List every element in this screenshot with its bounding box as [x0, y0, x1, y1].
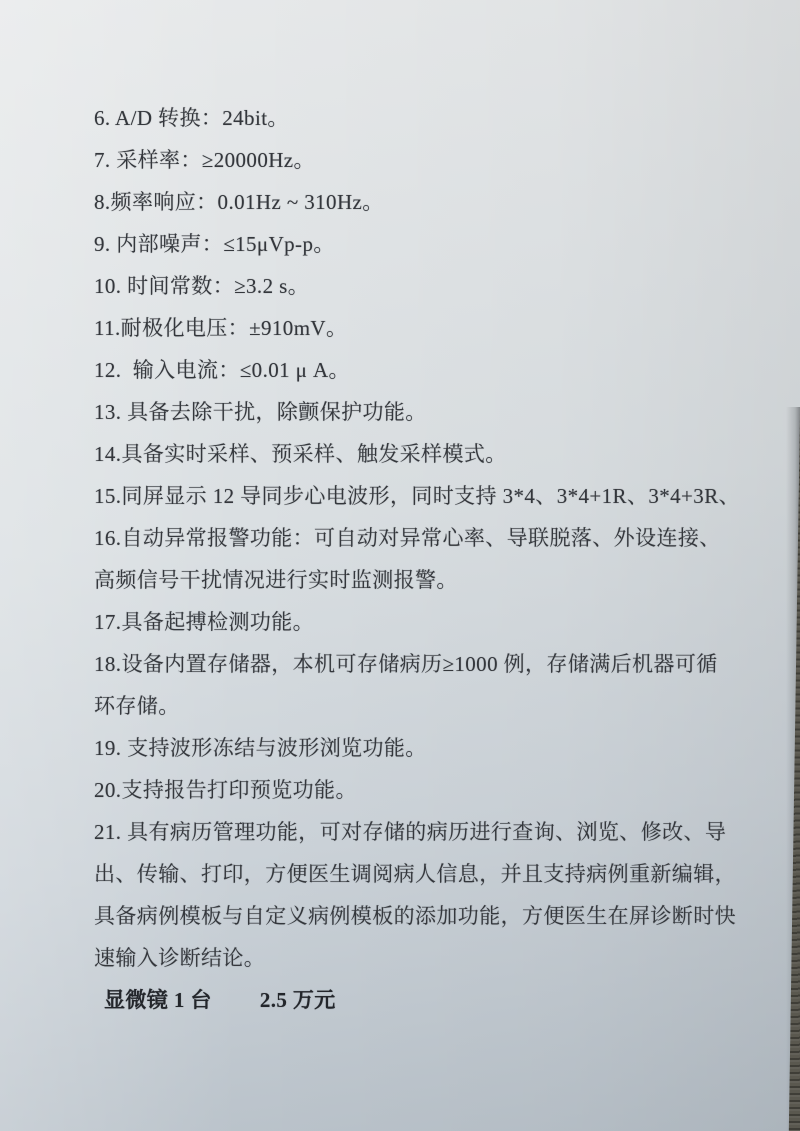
- spec-line: 8.频率响应：0.01Hz ~ 310Hz。: [94, 181, 756, 223]
- spec-line: 17.具备起搏检测功能。: [94, 601, 756, 643]
- spec-line: 18.设备内置存储器，本机可存储病历≥1000 例，存储满后机器可循: [94, 643, 756, 685]
- spec-line: 12. 输入电流：≤0.01 μ A。: [94, 349, 756, 391]
- spec-line: 6. A/D 转换：24bit。: [94, 97, 756, 139]
- footer-line: 显微镜 1 台 2.5 万元: [94, 979, 756, 1021]
- spec-line: 9. 内部噪声：≤15μVp-p。: [94, 223, 756, 265]
- spec-line: 具备病例模板与自定义病例模板的添加功能，方便医生在屏诊断时快: [94, 895, 756, 937]
- footer-price: 2.5 万元: [260, 979, 336, 1021]
- spec-line: 21. 具有病历管理功能，可对存储的病历进行查询、浏览、修改、导: [94, 811, 756, 853]
- spec-line: 速输入诊断结论。: [94, 937, 756, 979]
- spec-line: 7. 采样率：≥20000Hz。: [94, 139, 756, 181]
- spec-line: 19. 支持波形冻结与波形浏览功能。: [94, 727, 756, 769]
- document-paper: 6. A/D 转换：24bit。7. 采样率：≥20000Hz。8.频率响应：0…: [0, 0, 800, 1131]
- spec-line: 14.具备实时采样、预采样、触发采样模式。: [94, 433, 756, 475]
- spec-text-block: 6. A/D 转换：24bit。7. 采样率：≥20000Hz。8.频率响应：0…: [94, 97, 756, 1021]
- spec-line: 出、传输、打印，方便医生调阅病人信息，并且支持病例重新编辑，: [94, 853, 756, 895]
- spec-line: 11.耐极化电压：±910mV。: [94, 307, 756, 349]
- document-photo: { "colors": { "desk": "#5a584f", "paper_…: [0, 0, 800, 1131]
- spec-line: 10. 时间常数：≥3.2 s。: [94, 265, 756, 307]
- footer-item: 显微镜 1 台: [104, 979, 212, 1021]
- spec-line: 15.同屏显示 12 导同步心电波形，同时支持 3*4、3*4+1R、3*4+3…: [94, 475, 756, 517]
- spec-line: 环存储。: [94, 685, 756, 727]
- spec-line: 16.自动异常报警功能：可自动对异常心率、导联脱落、外设连接、: [94, 517, 756, 559]
- spec-line: 13. 具备去除干扰，除颤保护功能。: [94, 391, 756, 433]
- spec-line: 高频信号干扰情况进行实时监测报警。: [94, 559, 756, 601]
- spec-line: 20.支持报告打印预览功能。: [94, 769, 756, 811]
- spec-list: 6. A/D 转换：24bit。7. 采样率：≥20000Hz。8.频率响应：0…: [94, 97, 756, 979]
